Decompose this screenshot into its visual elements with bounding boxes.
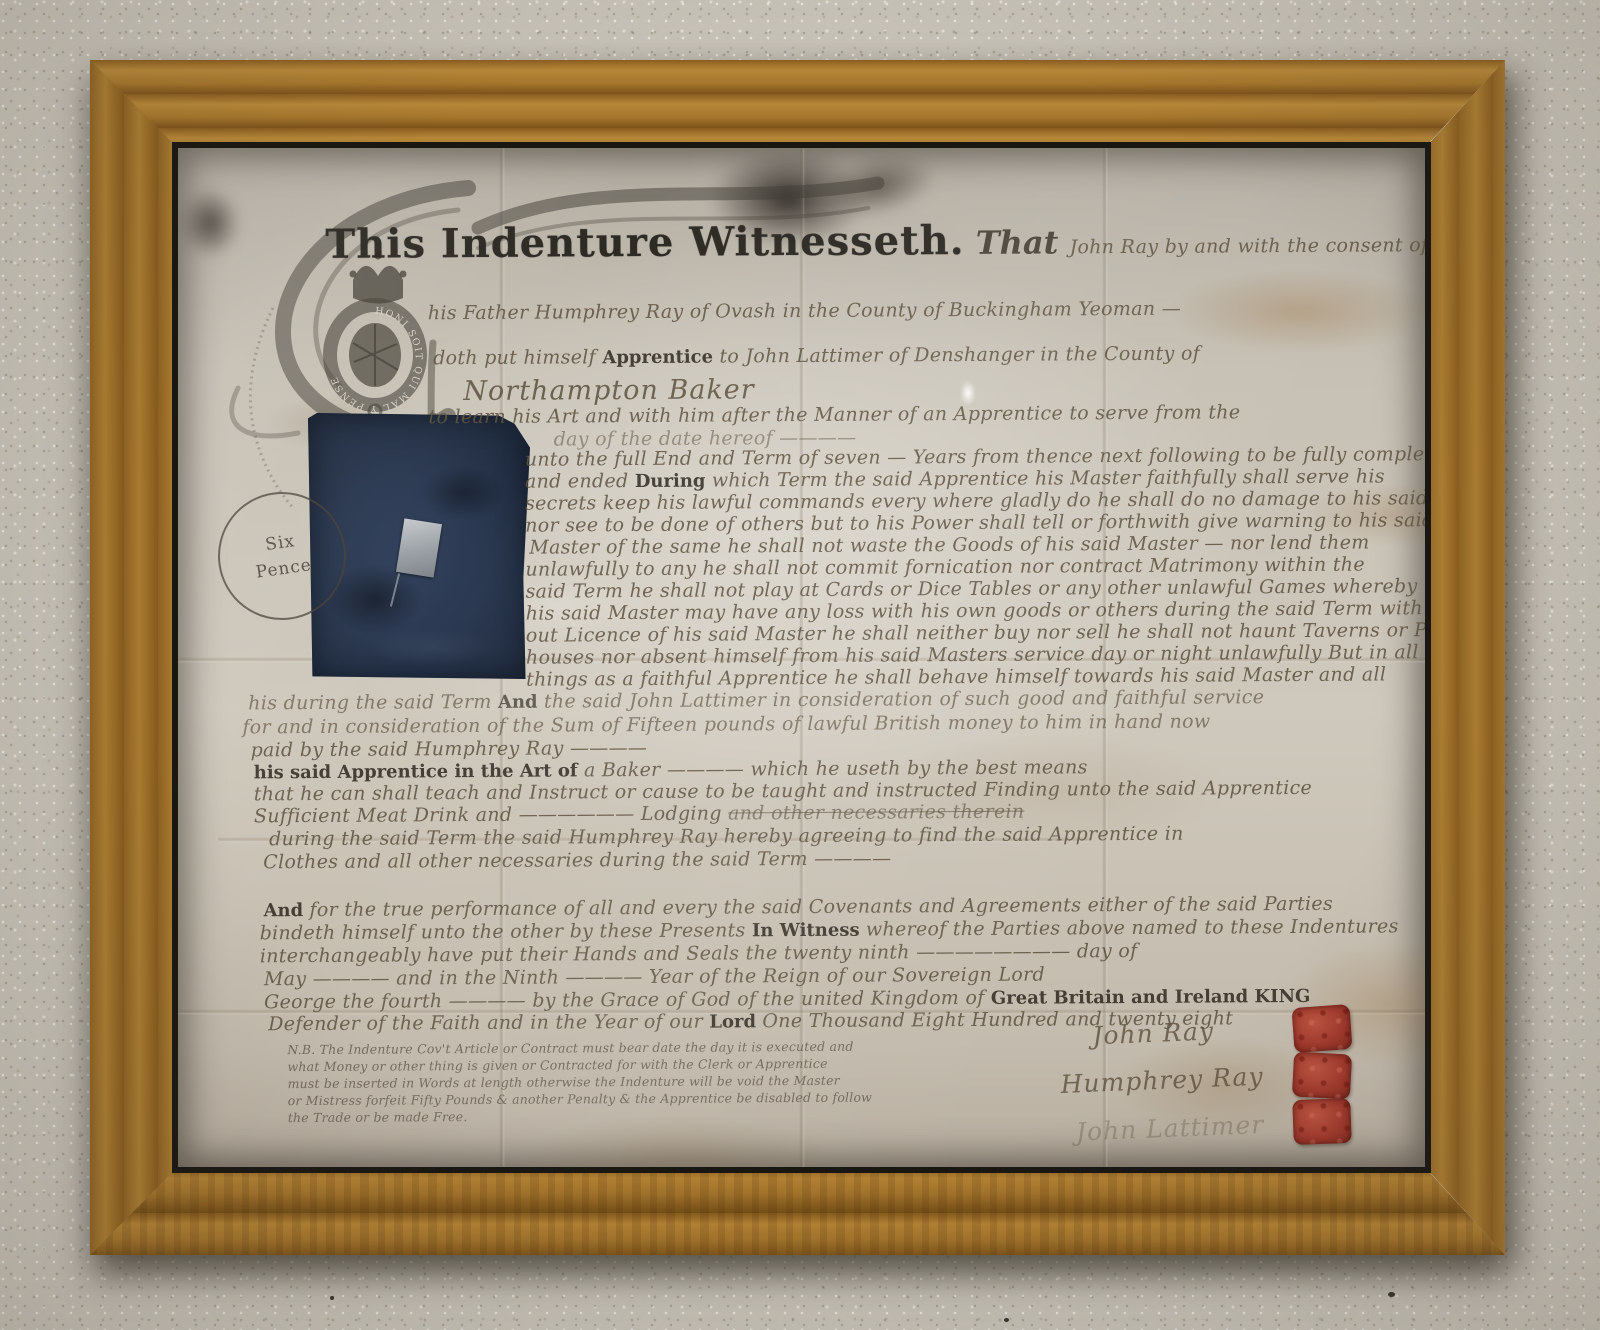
carpet-speck	[330, 1296, 334, 1300]
text-segment-print: his said Apprentice in the Art of	[254, 760, 578, 783]
text-segment-hand: Sufficient Meat Drink and —————— Lodging	[254, 802, 728, 827]
text-segment-strike: and other necessaries therein	[728, 801, 1024, 825]
text-segment-print: Apprentice	[602, 347, 713, 369]
text-segment-print: In Witness	[752, 920, 860, 942]
manuscript-text-block: This Indenture Witnesseth. That John Ray…	[178, 148, 1425, 1167]
manuscript-line: Northampton Baker	[463, 374, 754, 407]
text-segment-hand: paid by the said Humphrey Ray ————	[250, 737, 647, 761]
signature-father: Humphrey Ray	[1060, 1062, 1264, 1099]
text-segment-hand: bindeth himself unto the other by these …	[260, 919, 752, 944]
text-segment-print: And	[498, 692, 538, 713]
text-segment-hand: Northampton Baker	[463, 374, 754, 407]
wax-seal	[1292, 1052, 1352, 1100]
text-segment-hand: his Father Humphrey Ray of Ovash in the …	[428, 298, 1181, 325]
wax-seal	[1292, 1098, 1352, 1145]
carpet-speck	[1004, 1318, 1009, 1322]
text-segment-hand: Clothes and all other necessaries during…	[263, 847, 891, 873]
frame-bar-bottom	[90, 1167, 1505, 1255]
manuscript-line: during the said Term the said Humphrey R…	[269, 823, 1184, 851]
text-segment-print: During	[635, 471, 706, 492]
text-segment-script: That	[965, 223, 1070, 262]
document-heading: This Indenture Witnesseth. That John Ray…	[325, 214, 1425, 268]
manuscript-line: Clothes and all other necessaries during…	[263, 847, 891, 873]
manuscript-line: Sufficient Meat Drink and —————— Lodging…	[254, 801, 1025, 828]
manuscript-line: doth put himself Apprentice to John Latt…	[433, 343, 1200, 370]
glass-glare-spot	[960, 380, 976, 406]
manuscript-line: paid by the said Humphrey Ray ————	[250, 737, 647, 761]
photo-of-framed-indenture: { "document": { "header": [ {"c":"blackl…	[0, 0, 1600, 1330]
text-segment-hand: Defender of the Faith and in the Year of…	[268, 1011, 709, 1036]
parchment-document: HONI SOIT QUI MAL Y PENSE Six Pence This…	[178, 148, 1425, 1167]
text-segment-blackletter: This Indenture Witnesseth.	[325, 217, 964, 268]
text-segment-print: Great Britain and Ireland KING	[991, 986, 1311, 1009]
signature-master: John Lattimer	[1075, 1110, 1264, 1147]
text-segment-hand: John Ray by and with the consent of	[1069, 234, 1425, 258]
text-segment-hand: during the said Term the said Humphrey R…	[269, 823, 1184, 851]
carpet-speck	[1388, 1292, 1395, 1297]
notice-line: the Trade or be made Free.	[288, 1105, 888, 1126]
text-segment-print: And	[263, 900, 303, 921]
text-segment-hand: and ended	[525, 470, 635, 493]
text-segment-print: Lord	[709, 1011, 756, 1032]
frame-bar-left	[90, 60, 178, 1255]
text-segment-hand: his during the said Term	[248, 691, 498, 715]
text-segment-hand: doth put himself	[433, 346, 602, 369]
manuscript-line: for and in consideration of the Sum of F…	[242, 711, 1210, 739]
text-segment-hand: for and in consideration of the Sum of F…	[242, 711, 1210, 739]
printed-legal-notice: N.B. The Indenture Cov't Article or Cont…	[287, 1037, 888, 1126]
text-segment-hand: to John Lattimer of Denshanger in the Co…	[713, 343, 1200, 368]
text-segment-hand: a Baker ———— which he useth by the best …	[578, 756, 1088, 781]
frame-bar-top	[90, 60, 1505, 148]
wax-seal	[1292, 1004, 1353, 1053]
text-segment-hand: to learn his Art and with him after the …	[428, 401, 1240, 428]
manuscript-line: his Father Humphrey Ray of Ovash in the …	[428, 298, 1181, 325]
text-segment-hand: the said John Lattimer in consideration …	[538, 686, 1265, 712]
manuscript-line: Defender of the Faith and in the Year of…	[268, 1007, 1233, 1035]
manuscript-line: to learn his Art and with him after the …	[428, 401, 1240, 428]
signature-apprentice: John Ray	[1092, 1016, 1215, 1050]
frame-bar-right	[1425, 60, 1505, 1255]
text-segment-hand: whereof the Parties above named to these…	[859, 915, 1398, 940]
